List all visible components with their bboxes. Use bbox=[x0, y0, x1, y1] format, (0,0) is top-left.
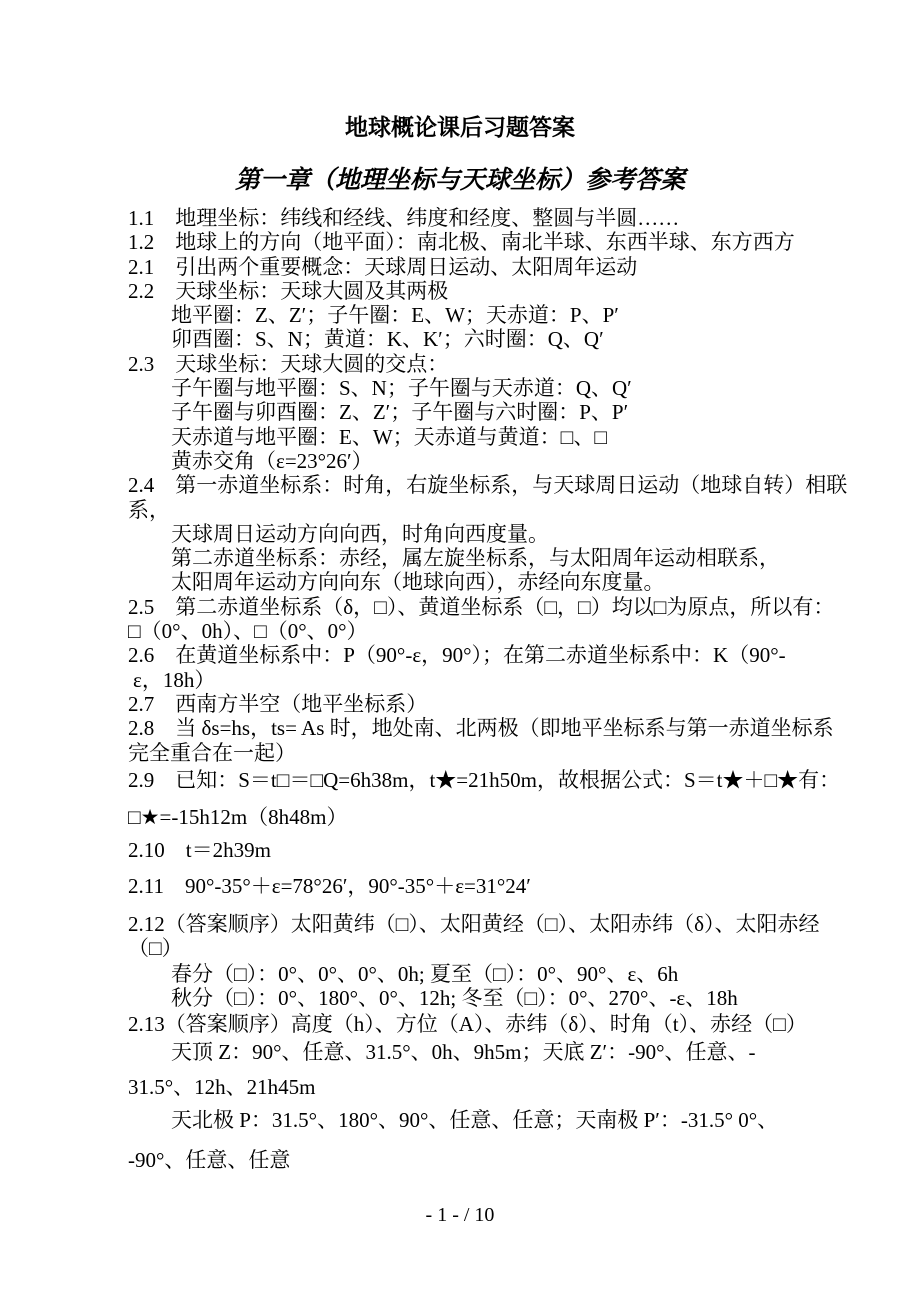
document-line: 2.11 90°-35°＋ε=78°26′，90°-35°＋ε=31°24′ bbox=[128, 874, 800, 898]
document-line: 天顶 Z：90°、任意、31.5°、0h、9h5m；天底 Z′：-90°、任意、… bbox=[128, 1040, 800, 1064]
document-line: 2.10 t＝2h39m bbox=[128, 838, 800, 862]
document-line: 2.4 第一赤道坐标系：时角，右旋坐标系，与天球周日运动（地球自转）相联 bbox=[128, 473, 800, 497]
document-line: （□） bbox=[128, 936, 800, 960]
document-line: 黄赤交角（ε=23°26′） bbox=[128, 449, 800, 473]
document-line: 完全重合在一起） bbox=[128, 741, 800, 765]
page-number-footer: - 1 - / 10 bbox=[0, 1204, 920, 1227]
document-line: 1.1 地理坐标：纬线和经线、纬度和经度、整圆与半圆…… bbox=[128, 206, 800, 230]
document-body: 1.1 地理坐标：纬线和经线、纬度和经度、整圆与半圆…… 1.2 地球上的方向（… bbox=[128, 206, 800, 1173]
document-line: 2.1 引出两个重要概念：天球周日运动、太阳周年运动 bbox=[128, 255, 800, 279]
document-line: 子午圈与地平圈：S、N；子午圈与天赤道：Q、Q′ bbox=[128, 376, 800, 400]
document-line: 太阳周年运动方向向东（地球向西），赤经向东度量。 bbox=[128, 570, 800, 594]
document-line: 2.12（答案顺序）太阳黄纬（□）、太阳黄经（□）、太阳赤纬（δ）、太阳赤经 bbox=[128, 912, 800, 936]
document-line: 2.13（答案顺序）高度（h）、方位（A）、赤纬（δ）、时角（t）、赤经（□） bbox=[128, 1012, 800, 1036]
document-line: 2.6 在黄道坐标系中：P（90°-ε，90°）；在第二赤道坐标系中：K（90°… bbox=[128, 643, 800, 667]
document-line: 系， bbox=[128, 498, 800, 522]
chapter-heading: 第一章（地理坐标与天球坐标）参考答案 bbox=[0, 164, 920, 198]
document-line: 2.9 已知：S＝t□＝□Q=6h38m，t★=21h50m，故根据公式：S＝t… bbox=[128, 768, 800, 792]
document-line: 秋分（□）：0°、180°、0°、12h; 冬至（□）：0°、270°、-ε、1… bbox=[128, 986, 800, 1010]
document-line: ε，18h） bbox=[128, 668, 800, 692]
document-line: 天赤道与地平圈：E、W；天赤道与黄道：□、□ bbox=[128, 425, 800, 449]
document-line: 31.5°、12h、21h45m bbox=[128, 1075, 800, 1099]
document-page: 地球概论课后习题答案 第一章（地理坐标与天球坐标）参考答案 1.1 地理坐标：纬… bbox=[0, 0, 920, 1302]
document-line: 天北极 P：31.5°、180°、90°、任意、任意；天南极 P′：-31.5°… bbox=[128, 1108, 800, 1132]
document-line: 2.3 天球坐标：天球大圆的交点： bbox=[128, 352, 800, 376]
document-line: 第二赤道坐标系：赤经，属左旋坐标系，与太阳周年运动相联系， bbox=[128, 546, 800, 570]
document-line: 春分（□）：0°、0°、0°、0h; 夏至（□）：0°、90°、ε、6h bbox=[128, 962, 800, 986]
document-line: 1.2 地球上的方向（地平面）：南北极、南北半球、东西半球、东方西方 bbox=[128, 230, 800, 254]
document-line: 2.2 天球坐标：天球大圆及其两极 bbox=[128, 279, 800, 303]
document-line: 地平圈：Z、Z′；子午圈：E、W；天赤道：P、P′ bbox=[128, 303, 800, 327]
document-line: 天球周日运动方向向西，时角向西度量。 bbox=[128, 522, 800, 546]
document-line: -90°、任意、任意 bbox=[128, 1148, 800, 1172]
document-title: 地球概论课后习题答案 bbox=[0, 0, 920, 144]
document-line: □★=-15h12m（8h48m） bbox=[128, 805, 800, 829]
document-line: 2.7 西南方半空（地平坐标系） bbox=[128, 692, 800, 716]
document-line: 2.8 当 δs=hs，ts= As 时，地处南、北两极（即地平坐标系与第一赤道… bbox=[128, 716, 800, 740]
document-line: 子午圈与卯酉圈：Z、Z′；子午圈与六时圈：P、P′ bbox=[128, 400, 800, 424]
document-line: 2.5 第二赤道坐标系（δ，□）、黄道坐标系（□，□）均以□为原点，所以有： bbox=[128, 595, 800, 619]
document-line: 卯酉圈：S、N；黄道：K、K′；六时圈：Q、Q′ bbox=[128, 327, 800, 351]
document-line: □（0°、0h）、□（0°、0°） bbox=[128, 619, 800, 643]
